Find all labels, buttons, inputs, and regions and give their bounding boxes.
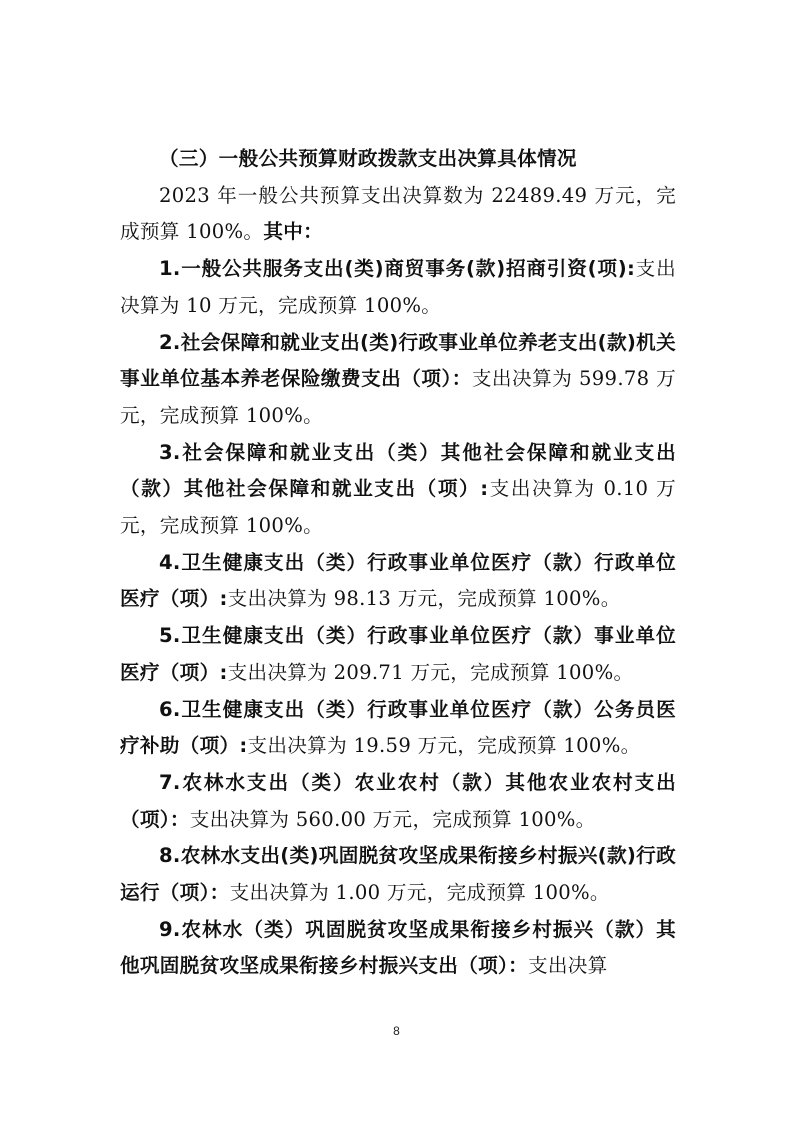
document-body: （三）一般公共预算财政拨款支出决算具体情况 2023 年一般公共预算支出决算数为… <box>120 141 676 985</box>
item-1: 1.一般公共服务支出(类)商贸事务(款)招商引资(项):支出决算为 10 万元，… <box>120 251 676 324</box>
item-8: 8.农林水支出(类)巩固脱贫攻坚成果衔接乡村振兴(款)行政运行（项）：支出决算为… <box>120 838 676 911</box>
intro-bold-tail: 其中： <box>263 220 323 243</box>
item-3: 3.社会保障和就业支出（类）其他社会保障和就业支出（款）其他社会保障和就业支出（… <box>120 435 676 545</box>
item-2: 2.社会保障和就业支出(类)行政事业单位养老支出(款)机关事业单位基本养老保险缴… <box>120 325 676 435</box>
document-page: （三）一般公共预算财政拨款支出决算具体情况 2023 年一般公共预算支出决算数为… <box>0 0 793 1122</box>
item-7: 7.农林水支出（类）农业农村（款）其他农业农村支出（项）：支出决算为 560.0… <box>120 765 676 838</box>
item-title: 1.一般公共服务支出(类)商贸事务(款)招商引资(项): <box>159 257 635 280</box>
item-detail: 支出决算为 1.00 万元，完成预算 100%。 <box>230 881 610 904</box>
item-detail: 支出决算为 98.13 万元，完成预算 100%。 <box>228 587 621 610</box>
item-detail: 支出决算为 19.59 万元，完成预算 100%。 <box>248 734 641 757</box>
item-9: 9.农林水（类）巩固脱贫攻坚成果衔接乡村振兴（款）其他巩固脱贫攻坚成果衔接乡村振… <box>120 912 676 985</box>
item-4: 4.卫生健康支出（类）行政事业单位医疗（款）行政单位医疗（项）:支出决算为 98… <box>120 545 676 618</box>
item-5: 5.卫生健康支出（类）行政事业单位医疗（款）事业单位医疗（项）:支出决算为 20… <box>120 618 676 691</box>
section-heading: （三）一般公共预算财政拨款支出决算具体情况 <box>120 141 676 178</box>
item-6: 6.卫生健康支出（类）行政事业单位医疗（款）公务员医疗补助（项）:支出决算为 1… <box>120 692 676 765</box>
item-detail: 支出决算为 560.00 万元，完成预算 100%。 <box>190 808 596 831</box>
page-number: 8 <box>0 1024 793 1038</box>
item-detail: 支出决算 <box>528 954 608 977</box>
intro-paragraph: 2023 年一般公共预算支出决算数为 22489.49 万元，完成预算 100%… <box>120 178 676 251</box>
intro-text: 2023 年一般公共预算支出决算数为 22489.49 万元，完成预算 100%… <box>120 184 676 244</box>
item-detail: 支出决算为 209.71 万元，完成预算 100%。 <box>228 661 634 684</box>
